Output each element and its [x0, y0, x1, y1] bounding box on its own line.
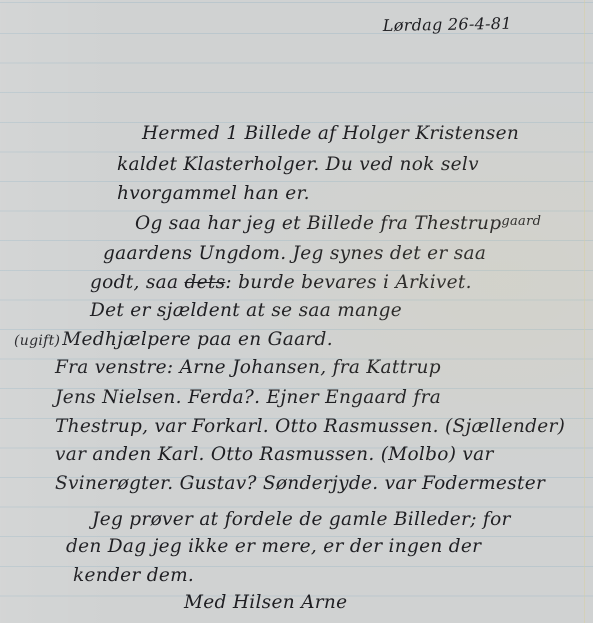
line-text: Medhjælpere paa en Gaard. — [62, 329, 333, 350]
letter-line: kender dem. — [73, 565, 194, 586]
letter-line: kaldet Klasterholger. Du ved nok selv — [117, 154, 479, 175]
line-text: Og saa har jeg et Billede fra Thestrup — [135, 213, 501, 234]
letter-line: Hermed 1 Billede af Holger Kristensen — [142, 123, 519, 144]
letter-line: Det er sjældent at se saa mange — [90, 300, 402, 321]
letter-line: Svinerøgter. Gustav? Sønderjyde. var Fod… — [55, 473, 545, 494]
side-note: (ugift) — [14, 333, 60, 349]
letter-line: gaardens Ungdom. Jeg synes det er saa — [103, 243, 486, 264]
letter-page: Gøde 15/5 Lørdag 26-4-81 Hermed 1 Billed… — [0, 0, 593, 623]
line-text: godt, saa — [90, 272, 184, 293]
letter-line: var anden Karl. Otto Rasmussen. (Molbo) … — [55, 444, 494, 465]
letter-line: den Dag jeg ikke er mere, er der ingen d… — [66, 536, 481, 557]
trailing-mark: gaard — [501, 214, 541, 229]
letter-line: Fra venstre: Arne Johansen, fra Kattrup — [55, 357, 441, 378]
letter-line: Jens Nielsen. Ferda?. Ejner Engaard fra — [55, 387, 441, 408]
letter-line: hvorgammel han er. — [117, 183, 310, 204]
line-text: : burde bevares i Arkivet. — [225, 272, 471, 293]
struck-word: dets — [184, 272, 225, 293]
letter-line: Thestrup, var Forkarl. Otto Rasmussen. (… — [55, 416, 565, 437]
letter-line: godt, saa dets: burde bevares i Arkivet. — [90, 272, 472, 293]
letter-line: Jeg prøver at fordele de gamle Billeder;… — [92, 509, 511, 530]
letter-line: (ugift)Medhjælpere paa en Gaard. — [14, 329, 333, 350]
letter-closing-signature: Med Hilsen Arne — [184, 592, 347, 613]
letter-date: Lørdag 26-4-81 — [383, 14, 512, 35]
letter-line: Og saa har jeg et Billede fra Thestrupga… — [135, 213, 541, 234]
